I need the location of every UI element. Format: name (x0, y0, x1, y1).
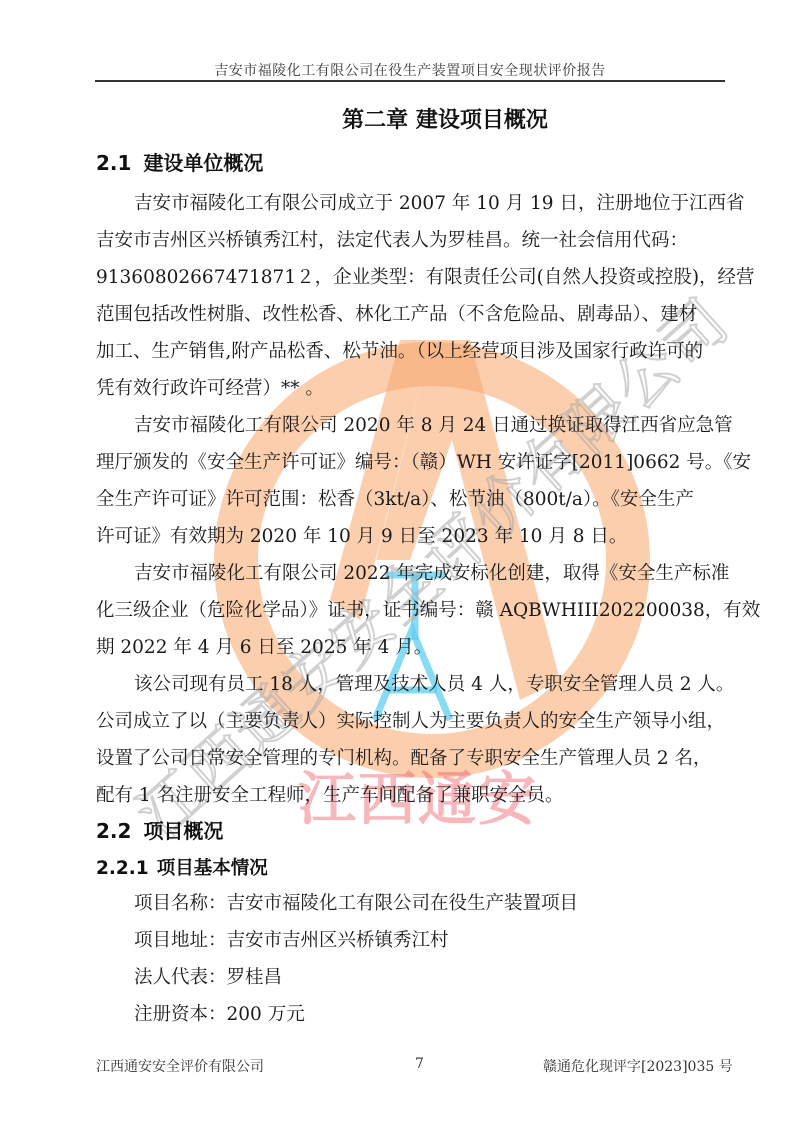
field-legal-representative: 法人代表：罗桂昌 (134, 959, 282, 996)
field-label: 项目地址： (134, 930, 227, 951)
subsection-heading-2-2-1: 2.2.1项目基本情况 (96, 854, 268, 880)
section-title: 项目概况 (143, 819, 223, 843)
field-registered-capital: 注册资本：200 万元 (134, 996, 305, 1033)
paragraph-line: 吉安市福陵化工有限公司 2020 年 8 月 24 日通过换证取得江西省应急管 (96, 407, 724, 444)
footer-page-number: 7 (415, 1056, 424, 1072)
field-value: 吉安市福陵化工有限公司在役生产装置项目 (227, 893, 579, 914)
field-project-address: 项目地址：吉安市吉州区兴桥镇秀江村 (134, 922, 449, 959)
field-project-name: 项目名称：吉安市福陵化工有限公司在役生产装置项目 (134, 885, 578, 922)
section-number: 2.1 (96, 151, 131, 175)
paragraph-line: 凭有效行政许可经营）** 。 (96, 370, 724, 407)
chapter-title: 第二章 建设项目概况 (95, 103, 765, 134)
page-content: 吉安市福陵化工有限公司在役生产装置项目安全现状评价报告 第二章 建设项目概况 2… (0, 0, 800, 1131)
field-value: 200 万元 (227, 1004, 305, 1025)
paragraph-line: 吉安市福陵化工有限公司成立于 2007 年 10 月 19 日，注册地位于江西省 (96, 185, 724, 222)
paragraph-line: 加工、生产销售,附产品松香、松节油。（以上经营项目涉及国家行政许可的 (96, 333, 724, 370)
paragraph-line: 吉安市吉州区兴桥镇秀江村，法定代表人为罗桂昌。统一社会信用代码： (96, 222, 724, 259)
paragraph-line: 公司成立了以（主要负责人）实际控制人为主要负责人的安全生产领导小组， (96, 703, 724, 740)
section-title: 建设单位概况 (143, 151, 263, 175)
paragraph-line: 许可证》有效期为 2020 年 10 月 9 日至 2023 年 10 月 8 … (96, 518, 724, 555)
document-page: 江西通安安全评价有限公司 江西通安 吉安市福陵化工有限公司在役生产装置项目安全现… (0, 0, 800, 1131)
paragraph-line: 91360802667471871２，企业类型：有限责任公司(自然人投资或控股)… (96, 259, 724, 296)
section-number: 2.2 (96, 819, 131, 843)
paragraph-line: 期 2022 年 4 月 6 日至 2025 年 4 月。 (96, 629, 724, 666)
field-label: 项目名称： (134, 893, 227, 914)
paragraph-line: 全生产许可证》许可范围：松香（3kt/a）、松节油（800t/a）。《安全生产 (96, 481, 724, 518)
section-heading-2-2: 2.2项目概况 (96, 815, 223, 844)
footer-document-code: 赣通危化现评字[2023]035 号 (543, 1056, 733, 1076)
field-label: 注册资本： (134, 1004, 227, 1025)
paragraph-line: 理厅颁发的《安全生产许可证》编号：（赣）WH 安许证字[2011]0662 号。… (96, 444, 724, 481)
field-value: 罗桂昌 (227, 967, 283, 988)
field-value: 吉安市吉州区兴桥镇秀江村 (227, 930, 449, 951)
paragraph-line: 该公司现有员工 18 人，管理及技术人员 4 人，专职安全管理人员 2 人。 (96, 666, 724, 703)
paragraph-line: 配有 1 名注册安全工程师，生产车间配备了兼职安全员。 (96, 777, 724, 814)
paragraph-line: 设置了公司日常安全管理的专门机构。配备了专职安全生产管理人员 2 名， (96, 740, 724, 777)
paragraph-line: 范围包括改性树脂、改性松香、林化工产品（不含危险品、剧毒品）、建材 (96, 296, 724, 333)
paragraph-line: 吉安市福陵化工有限公司 2022 年完成安标化创建，取得《安全生产标准 (96, 555, 724, 592)
field-label: 法人代表： (134, 967, 227, 988)
subsection-title: 项目基本情况 (157, 858, 268, 879)
subsection-number: 2.2.1 (96, 858, 149, 879)
section-heading-2-1: 2.1建设单位概况 (96, 147, 263, 176)
paragraph-line: 化三级企业（危险化学品）》证书，证书编号：赣 AQBWHIII202200038… (96, 592, 724, 629)
header-divider (95, 80, 725, 82)
footer-company: 江西通安安全评价有限公司 (96, 1056, 264, 1076)
section-2-1-body: 吉安市福陵化工有限公司成立于 2007 年 10 月 19 日，注册地位于江西省… (96, 185, 724, 814)
running-header: 吉安市福陵化工有限公司在役生产装置项目安全现状评价报告 (95, 60, 725, 80)
